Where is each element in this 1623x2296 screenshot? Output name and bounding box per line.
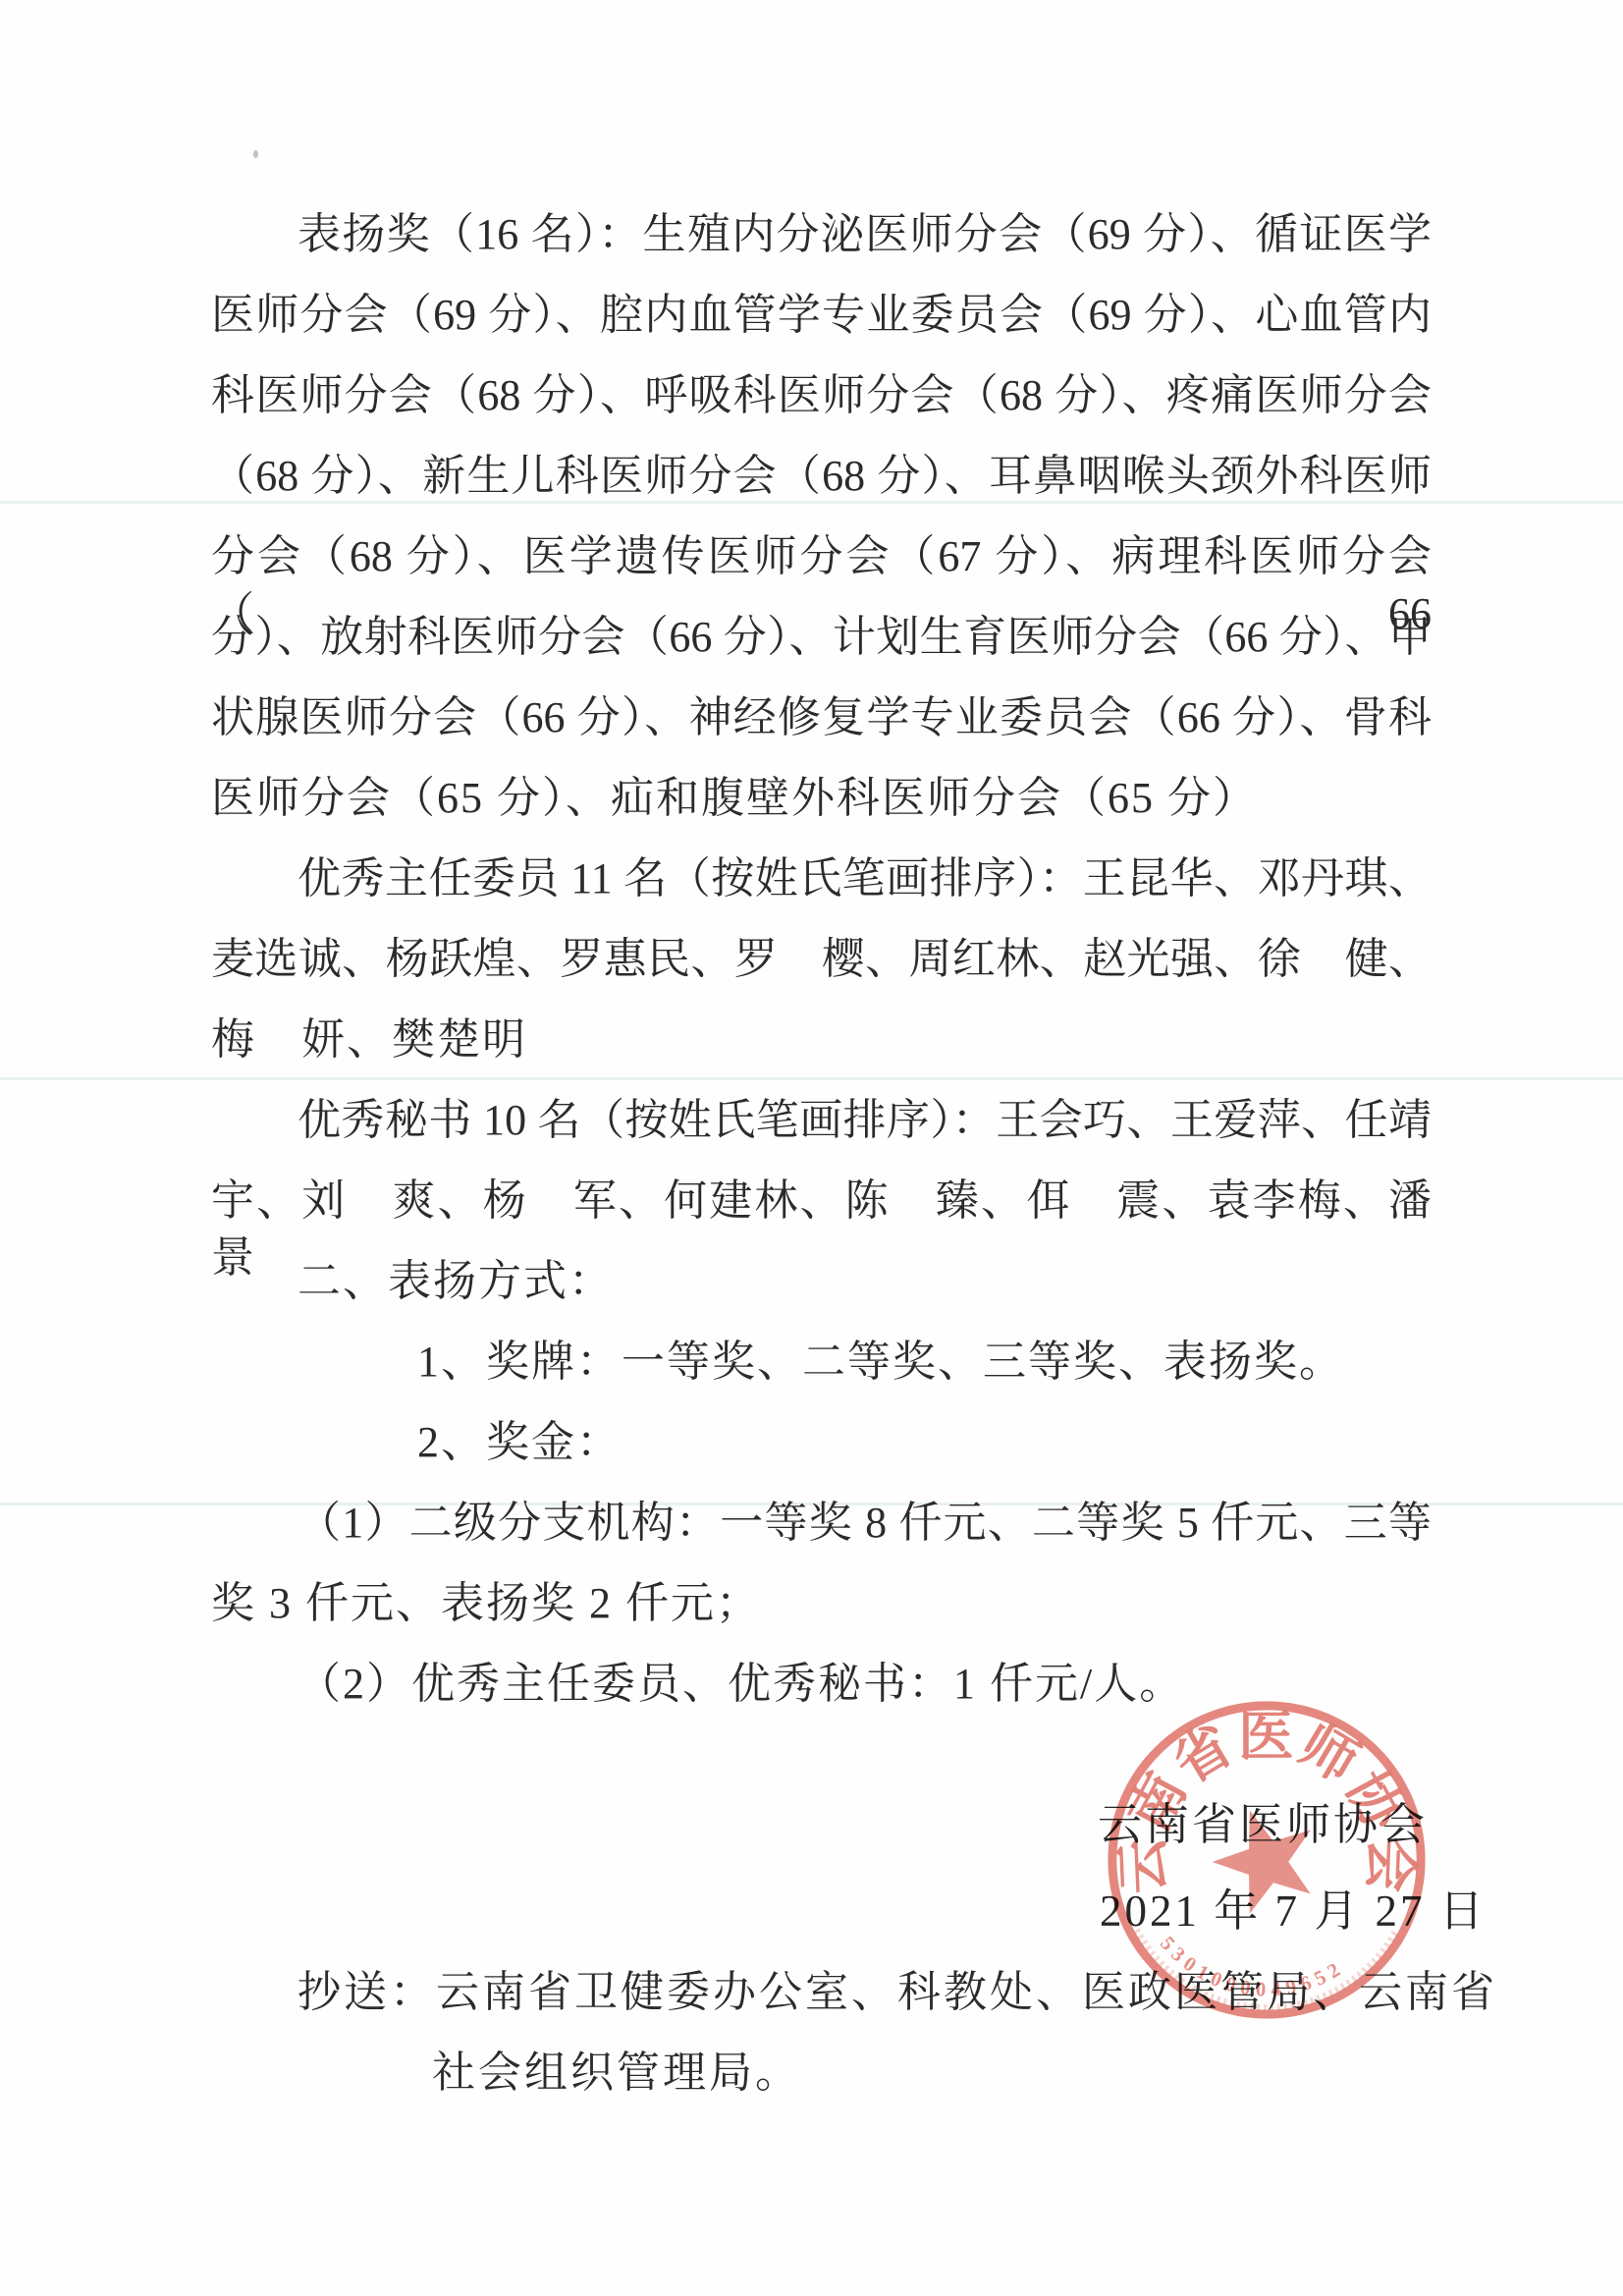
body-line: 1、奖牌：一等奖、二等奖、三等奖、表扬奖。 bbox=[211, 1334, 1432, 1394]
body-line: 梅 妍、樊楚明 bbox=[211, 1011, 1432, 1072]
cc-line: 社会组织管理局。 bbox=[211, 2045, 801, 2102]
body-line: 二、表扬方式： bbox=[211, 1253, 1432, 1314]
body-line: （68 分）、新生儿科医师分会（68 分）、耳鼻咽喉头颈外科医师 bbox=[211, 448, 1432, 509]
body-line: 2、奖金： bbox=[211, 1414, 1432, 1475]
scan-artifact-line bbox=[0, 1077, 1623, 1080]
seal-star-icon bbox=[1201, 1794, 1329, 1920]
body-line: 奖 3 仟元、表扬奖 2 仟元； bbox=[211, 1575, 1432, 1636]
body-line: 优秀主任委员 11 名（按姓氏笔画排序）：王昆华、邓丹琪、 bbox=[211, 850, 1432, 911]
body-line: 医师分会（69 分）、腔内血管学专业委员会（69 分）、心血管内 bbox=[211, 287, 1432, 348]
body-line: 分）、放射科医师分会（66 分）、计划生育医师分会（66 分）、甲 bbox=[211, 609, 1432, 670]
body-line: 宇、刘 爽、杨 军、何建林、陈 臻、佴 震、袁李梅、潘 景 bbox=[211, 1173, 1432, 1233]
body-line: 分会（68 分）、医学遗传医师分会（67 分）、病理科医师分会（66 bbox=[211, 528, 1432, 589]
body-line: 麦选诚、杨跃煌、罗惠民、罗 樱、周红林、赵光强、徐 健、 bbox=[211, 931, 1432, 992]
body-line: 优秀秘书 10 名（按姓氏笔画排序）：王会巧、王爱萍、任靖 bbox=[211, 1092, 1432, 1153]
official-seal-stamp: 云南省医师协会 5301000049652 bbox=[1102, 1695, 1432, 2025]
document-page: 表扬奖（16 名）：生殖内分泌医师分会（69 分）、循证医学 医师分会（69 分… bbox=[0, 0, 1623, 2296]
body-line: （1）二级分支机构：一等奖 8 仟元、二等奖 5 仟元、三等 bbox=[211, 1495, 1432, 1556]
body-line: 表扬奖（16 名）：生殖内分泌医师分会（69 分）、循证医学 bbox=[211, 206, 1432, 267]
body-line: 医师分会（65 分）、疝和腹壁外科医师分会（65 分） bbox=[211, 770, 1432, 831]
body-line: 状腺医师分会（66 分）、神经修复学专业委员会（66 分）、骨科 bbox=[211, 689, 1432, 750]
body-line: 科医师分会（68 分）、呼吸科医师分会（68 分）、疼痛医师分会 bbox=[211, 367, 1432, 428]
ink-dot-artifact bbox=[253, 150, 258, 158]
